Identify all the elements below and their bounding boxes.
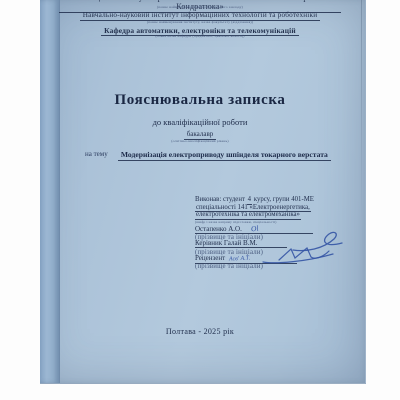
paper-crease	[361, 0, 362, 222]
supervisor-name: Галай В.М.	[224, 239, 258, 247]
reviewer-name-handwritten: Асв' А.Т.	[229, 255, 251, 263]
location-year: Полтава - 2025 рік	[59, 327, 341, 336]
performed-suffix: курсу, групи 401-МЕ	[252, 196, 314, 203]
supervisor-label: Керівник	[195, 239, 224, 247]
reviewer-caption: (прізвище та ініціали)	[195, 263, 263, 270]
department-caption: (повна назва кафедри (предметної, циклов…	[59, 34, 341, 38]
topic-title: Модернізація електроприводу шпінделя ток…	[108, 150, 341, 161]
reviewer-label: Рецензент	[195, 254, 225, 262]
document-title: Пояснювальна записка	[59, 92, 341, 109]
title-page-content: Національний університет «Полтавська пол…	[59, 0, 341, 383]
university-caption: (повне найменування вищого навчального з…	[59, 5, 341, 9]
topic-label: на тему	[85, 150, 108, 158]
degree-caption: (освітньо-кваліфікаційний рівень)	[59, 139, 341, 143]
student-signature: Ol	[250, 225, 258, 233]
book-spine-edge	[40, 0, 60, 383]
document-subtitle: до кваліфікаційної роботи	[59, 117, 341, 127]
institute-caption: (повне найменування інституту, назва фак…	[59, 20, 341, 24]
performed-prefix: Виконав: студент	[195, 196, 247, 203]
reviewer-signature	[261, 246, 335, 266]
scanned-title-page-photo: Національний університет «Полтавська пол…	[40, 0, 366, 384]
topic-title-text: Модернізація електроприводу шпінделя ток…	[118, 150, 331, 161]
student-name: Остапенко А.О.	[195, 225, 242, 233]
topic-line: на тему Модернізація електроприводу шпін…	[59, 150, 341, 161]
